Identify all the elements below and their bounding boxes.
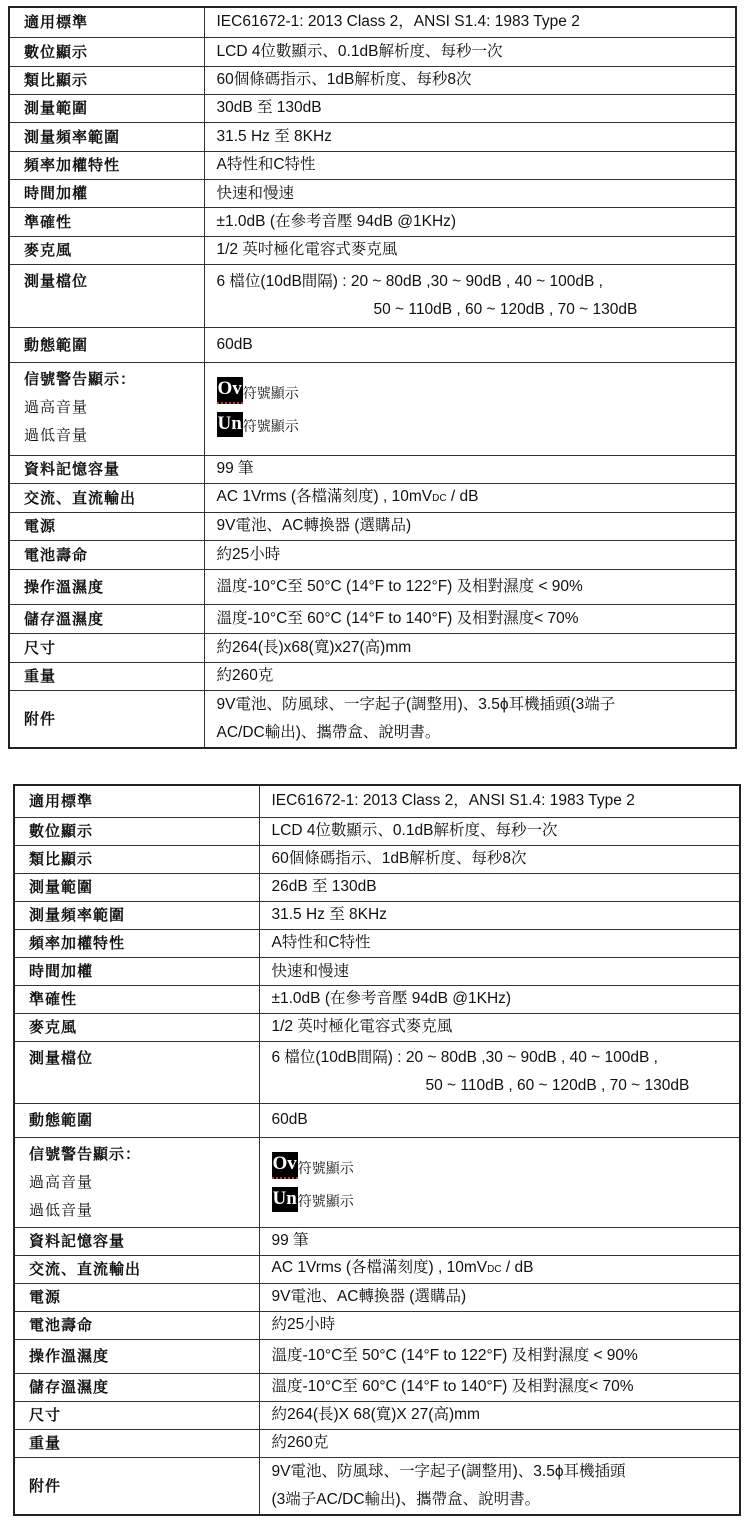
row-value: 9V電池、AC轉換器 (選購品) [259, 1283, 740, 1311]
table-row: 重量約260克 [14, 1429, 740, 1457]
row-value: 快速和慢速 [259, 957, 740, 985]
row-value: 30dB 至 130dB [204, 94, 736, 122]
row-value: 26dB 至 130dB [259, 873, 740, 901]
row-value: IEC61672-1: 2013 Class 2，ANSI S1.4: 1983… [259, 785, 740, 817]
row-label: 測量檔位 [9, 264, 204, 327]
row-value: A特性和C特性 [204, 151, 736, 179]
row-value: 6 檔位(10dB間隔) : 20 ~ 80dB ,30 ~ 90dB , 40… [259, 1041, 740, 1103]
row-label: 測量範圍 [14, 873, 259, 901]
row-label: 數位顯示 [14, 817, 259, 845]
row-label: 重量 [14, 1429, 259, 1457]
row-value: 60個條碼指示、1dB解析度、每秒8次 [204, 66, 736, 94]
row-label: 電池壽命 [9, 540, 204, 569]
row-label: 操作溫濕度 [9, 569, 204, 604]
row-value: 約25小時 [259, 1311, 740, 1339]
table-row: 操作溫濕度溫度-10°C至 50°C (14°F to 122°F) 及相對濕度… [9, 569, 736, 604]
table-row: 頻率加權特性A特性和C特性 [9, 151, 736, 179]
row-value: ±1.0dB (在參考音壓 94dB @1KHz) [259, 985, 740, 1013]
row-value: 快速和慢速 [204, 179, 736, 207]
row-label: 儲存溫濕度 [14, 1373, 259, 1401]
value-line-1: 9V電池、防風球、一字起子(調整用)、3.5ϕ耳機插頭(3端子 [217, 691, 736, 719]
table-row: 數位顯示LCD 4位數顯示、0.1dB解析度、每秒一次 [9, 37, 736, 66]
table-row: 時間加權快速和慢速 [9, 179, 736, 207]
row-value: 99 筆 [259, 1227, 740, 1255]
row-value: 約25小時 [204, 540, 736, 569]
row-label: 儲存溫濕度 [9, 604, 204, 633]
row-label: 適用標準 [9, 7, 204, 37]
table-row: 麥克風1/2 英吋極化電容式麥克風 [14, 1013, 740, 1041]
row-label: 測量頻率範圍 [9, 122, 204, 151]
table-row: 電源9V電池、AC轉換器 (選購品) [14, 1283, 740, 1311]
table-row: 儲存溫濕度溫度-10°C至 60°C (14°F to 140°F) 及相對濕度… [14, 1373, 740, 1401]
table-row: 準確性±1.0dB (在參考音壓 94dB @1KHz) [14, 985, 740, 1013]
table-row: 資料記憶容量99 筆 [14, 1227, 740, 1255]
signal-warning-label: 信號警告顯示： 過高音量 過低音量 [14, 1137, 259, 1227]
row-label: 資料記憶容量 [9, 455, 204, 483]
row-label: 交流、直流輸出 [9, 483, 204, 512]
table-row: 尺寸約264(長)x68(寬)x27(高)mm [9, 633, 736, 662]
symbol-text: 符號顯示 [243, 419, 299, 435]
row-label: 時間加權 [9, 179, 204, 207]
row-value: AC 1Vrms (各檔滿刻度) , 10mVDC / dB [204, 483, 736, 512]
table-row: 動態範圍60dB [14, 1103, 740, 1137]
row-label: 動態範圍 [14, 1103, 259, 1137]
value-tail: / dB [447, 488, 479, 505]
row-label: 信號警告顯示： [24, 370, 136, 388]
value-subscript: DC [432, 493, 446, 504]
table-row: 麥克風1/2 英吋極化電容式麥克風 [9, 236, 736, 264]
row-label: 準確性 [14, 985, 259, 1013]
value-line-1: 6 檔位(10dB間隔) : 20 ~ 80dB ,30 ~ 90dB , 40… [217, 268, 736, 296]
symbol-text: 符號顯示 [243, 386, 299, 402]
row-label: 麥克風 [14, 1013, 259, 1041]
row-value: Ov符號顯示 Un符號顯示 [259, 1137, 740, 1227]
row-value: 9V電池、AC轉換器 (選購品) [204, 512, 736, 540]
row-label: 交流、直流輸出 [14, 1255, 259, 1283]
table-row: 測量檔位 6 檔位(10dB間隔) : 20 ~ 80dB ,30 ~ 90dB… [9, 264, 736, 327]
row-value: 31.5 Hz 至 8KHz [204, 122, 736, 151]
row-value: LCD 4位數顯示、0.1dB解析度、每秒一次 [259, 817, 740, 845]
value-line-2: (3端子AC/DC輸出)、攜帶盒、說明書。 [272, 1486, 740, 1514]
row-value: IEC61672-1: 2013 Class 2，ANSI S1.4: 1983… [204, 7, 736, 37]
row-value: AC 1Vrms (各檔滿刻度) , 10mVDC / dB [259, 1255, 740, 1283]
row-label: 尺寸 [14, 1401, 259, 1429]
table-row: 信號警告顯示： 過高音量 過低音量 Ov符號顯示 Un符號顯示 [14, 1137, 740, 1227]
row-label: 信號警告顯示： [29, 1145, 141, 1163]
row-label: 頻率加權特性 [14, 929, 259, 957]
row-label: 重量 [9, 662, 204, 690]
row-value: 溫度-10°C至 50°C (14°F to 122°F) 及相對濕度 < 90… [259, 1339, 740, 1373]
row-value: 1/2 英吋極化電容式麥克風 [259, 1013, 740, 1041]
value-line-1: 9V電池、防風球、一字起子(調整用)、3.5ϕ耳機插頭 [272, 1458, 740, 1486]
table-row: 測量頻率範圍31.5 Hz 至 8KHz [14, 901, 740, 929]
row-label: 數位顯示 [9, 37, 204, 66]
row-label: 電池壽命 [14, 1311, 259, 1339]
table-row: 電源9V電池、AC轉換器 (選購品) [9, 512, 736, 540]
over-volume-label: 過高音量 [24, 397, 204, 417]
table-row: 電池壽命約25小時 [9, 540, 736, 569]
signal-warning-label: 信號警告顯示： 過高音量 過低音量 [9, 362, 204, 455]
row-label: 適用標準 [14, 785, 259, 817]
spec-table-2: 適用標準IEC61672-1: 2013 Class 2，ANSI S1.4: … [13, 784, 741, 1516]
row-value: 溫度-10°C至 60°C (14°F to 140°F) 及相對濕度< 70% [259, 1373, 740, 1401]
row-label: 類比顯示 [14, 845, 259, 873]
table-row: 尺寸約264(長)X 68(寬)X 27(高)mm [14, 1401, 740, 1429]
table-row: 操作溫濕度溫度-10°C至 50°C (14°F to 122°F) 及相對濕度… [14, 1339, 740, 1373]
table-row: 時間加權快速和慢速 [14, 957, 740, 985]
table-row: 動態範圍60dB [9, 327, 736, 362]
value-main: AC 1Vrms (各檔滿刻度) , 10mV [272, 1259, 488, 1276]
row-label: 類比顯示 [9, 66, 204, 94]
row-label: 操作溫濕度 [14, 1339, 259, 1373]
under-volume-line: Un符號顯示 [217, 412, 736, 437]
row-label: 麥克風 [9, 236, 204, 264]
row-value: 60dB [259, 1103, 740, 1137]
value-line-2: 50 ~ 110dB , 60 ~ 120dB , 70 ~ 130dB [272, 1072, 740, 1100]
table-row: 電池壽命約25小時 [14, 1311, 740, 1339]
row-label: 電源 [14, 1283, 259, 1311]
row-label: 附件 [14, 1457, 259, 1515]
over-volume-label: 過高音量 [29, 1172, 259, 1192]
under-volume-label: 過低音量 [29, 1200, 259, 1220]
row-value: 99 筆 [204, 455, 736, 483]
table-row: 附件 9V電池、防風球、一字起子(調整用)、3.5ϕ耳機插頭(3端子 AC/DC… [9, 690, 736, 748]
row-value: 溫度-10°C至 50°C (14°F to 122°F) 及相對濕度 < 90… [204, 569, 736, 604]
table-row: 頻率加權特性A特性和C特性 [14, 929, 740, 957]
table-row: 交流、直流輸出AC 1Vrms (各檔滿刻度) , 10mVDC / dB [14, 1255, 740, 1283]
table-row: 測量頻率範圍31.5 Hz 至 8KHz [9, 122, 736, 151]
row-value: 9V電池、防風球、一字起子(調整用)、3.5ϕ耳機插頭 (3端子AC/DC輸出)… [259, 1457, 740, 1515]
row-label: 時間加權 [14, 957, 259, 985]
table-row: 測量範圍26dB 至 130dB [14, 873, 740, 901]
un-badge-icon: Un [217, 412, 243, 437]
under-volume-label: 過低音量 [24, 425, 204, 445]
row-label: 資料記憶容量 [14, 1227, 259, 1255]
table-row: 類比顯示60個條碼指示、1dB解析度、每秒8次 [14, 845, 740, 873]
value-subscript: DC [487, 1264, 501, 1275]
row-value: 9V電池、防風球、一字起子(調整用)、3.5ϕ耳機插頭(3端子 AC/DC輸出)… [204, 690, 736, 748]
row-label: 電源 [9, 512, 204, 540]
row-value: 約260克 [259, 1429, 740, 1457]
row-label: 測量範圍 [9, 94, 204, 122]
row-label: 測量頻率範圍 [14, 901, 259, 929]
row-value: 6 檔位(10dB間隔) : 20 ~ 80dB ,30 ~ 90dB , 40… [204, 264, 736, 327]
un-badge-icon: Un [272, 1187, 298, 1212]
table-row: 測量範圍30dB 至 130dB [9, 94, 736, 122]
row-value: 1/2 英吋極化電容式麥克風 [204, 236, 736, 264]
row-value: 60dB [204, 327, 736, 362]
table-row: 附件 9V電池、防風球、一字起子(調整用)、3.5ϕ耳機插頭 (3端子AC/DC… [14, 1457, 740, 1515]
row-value: 60個條碼指示、1dB解析度、每秒8次 [259, 845, 740, 873]
row-value: 約264(長)x68(寬)x27(高)mm [204, 633, 736, 662]
row-value: 約260克 [204, 662, 736, 690]
table-row: 數位顯示LCD 4位數顯示、0.1dB解析度、每秒一次 [14, 817, 740, 845]
row-label: 動態範圍 [9, 327, 204, 362]
symbol-text: 符號顯示 [298, 1194, 354, 1210]
value-tail: / dB [502, 1259, 534, 1276]
value-main: AC 1Vrms (各檔滿刻度) , 10mV [217, 488, 433, 505]
row-label: 頻率加權特性 [9, 151, 204, 179]
row-value: 31.5 Hz 至 8KHz [259, 901, 740, 929]
spec-table-1: 適用標準IEC61672-1: 2013 Class 2，ANSI S1.4: … [8, 6, 737, 749]
table-row: 信號警告顯示： 過高音量 過低音量 Ov符號顯示 Un符號顯示 [9, 362, 736, 455]
ov-badge-icon: Ov [272, 1152, 298, 1179]
value-line-1: 6 檔位(10dB間隔) : 20 ~ 80dB ,30 ~ 90dB , 40… [272, 1044, 740, 1072]
row-value: LCD 4位數顯示、0.1dB解析度、每秒一次 [204, 37, 736, 66]
under-volume-line: Un符號顯示 [272, 1187, 740, 1212]
row-label: 準確性 [9, 207, 204, 236]
row-value: ±1.0dB (在參考音壓 94dB @1KHz) [204, 207, 736, 236]
symbol-text: 符號顯示 [298, 1161, 354, 1177]
row-value: A特性和C特性 [259, 929, 740, 957]
table-row: 交流、直流輸出AC 1Vrms (各檔滿刻度) , 10mVDC / dB [9, 483, 736, 512]
table-row: 儲存溫濕度溫度-10°C至 60°C (14°F to 140°F) 及相對濕度… [9, 604, 736, 633]
table-row: 測量檔位 6 檔位(10dB間隔) : 20 ~ 80dB ,30 ~ 90dB… [14, 1041, 740, 1103]
over-volume-line: Ov符號顯示 [272, 1152, 740, 1179]
table-row: 類比顯示60個條碼指示、1dB解析度、每秒8次 [9, 66, 736, 94]
row-label: 測量檔位 [14, 1041, 259, 1103]
row-value: 溫度-10°C至 60°C (14°F to 140°F) 及相對濕度< 70% [204, 604, 736, 633]
row-label: 尺寸 [9, 633, 204, 662]
table-row: 重量約260克 [9, 662, 736, 690]
ov-badge-icon: Ov [217, 377, 243, 404]
table-row: 適用標準IEC61672-1: 2013 Class 2，ANSI S1.4: … [9, 7, 736, 37]
row-value: Ov符號顯示 Un符號顯示 [204, 362, 736, 455]
table-row: 資料記憶容量99 筆 [9, 455, 736, 483]
value-line-2: 50 ~ 110dB , 60 ~ 120dB , 70 ~ 130dB [217, 296, 736, 324]
row-label: 附件 [9, 690, 204, 748]
row-value: 約264(長)X 68(寬)X 27(高)mm [259, 1401, 740, 1429]
table-row: 適用標準IEC61672-1: 2013 Class 2，ANSI S1.4: … [14, 785, 740, 817]
over-volume-line: Ov符號顯示 [217, 377, 736, 404]
value-line-2: AC/DC輸出)、攜帶盒、說明書。 [217, 719, 736, 747]
table-row: 準確性±1.0dB (在參考音壓 94dB @1KHz) [9, 207, 736, 236]
